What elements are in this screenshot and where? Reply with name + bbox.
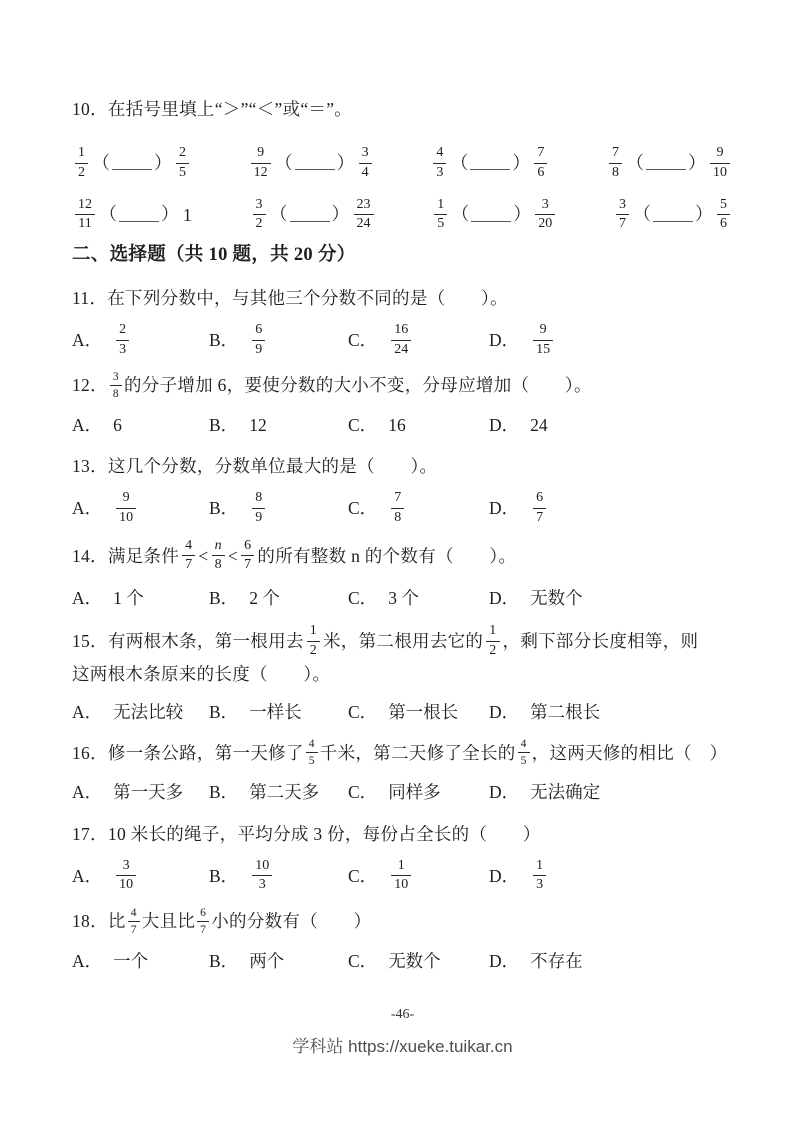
fraction-denominator: 15 (533, 341, 553, 358)
option-18-D: D．不存在 (489, 948, 733, 974)
fraction-denominator: 24 (391, 341, 411, 358)
option-text: 无法比较 (113, 699, 183, 725)
option-text: 第二根长 (530, 699, 600, 725)
fraction-numerator: 3 (253, 198, 266, 216)
stem-text: < (198, 546, 208, 566)
option-text: 24 (530, 412, 548, 438)
question-12-options: A．6B．12C．16D．24 (72, 412, 733, 438)
question-15: 15．有两根木条，第一根用去12米，第二根用去它的12，剩下部分长度相等，则这两… (72, 624, 733, 725)
fraction-numerator: 1 (486, 624, 499, 642)
option-label: D． (489, 863, 519, 889)
fraction-numerator: 1 (434, 198, 447, 216)
option-text: 同样多 (388, 779, 441, 805)
option-label: C． (348, 327, 377, 353)
option-label: A． (72, 327, 102, 353)
option-12-D: D．24 (489, 412, 733, 438)
option-text: 1 个 (113, 585, 144, 611)
fraction-denominator: 10 (710, 164, 730, 181)
comparison-operand: 32 (250, 198, 269, 232)
fraction-denominator: 2 (253, 215, 266, 232)
fraction-numerator: 5 (717, 198, 730, 216)
option-11-C: C．1624 (348, 323, 489, 357)
answer-blank (112, 156, 152, 170)
fraction-numerator: 3 (616, 198, 629, 216)
fraction-numerator: 23 (354, 198, 374, 216)
fraction: 15 (434, 198, 447, 232)
option-label: D． (489, 412, 519, 438)
stem-text: 15．有两根木条，第一根用去 (72, 631, 304, 651)
fraction-numerator: 9 (251, 146, 271, 164)
answer-blank (646, 156, 686, 170)
option-label: A． (72, 495, 102, 521)
fraction-denominator: 2 (307, 642, 320, 659)
fraction: 47 (128, 907, 140, 936)
close-paren: ） (695, 201, 713, 228)
option-label: A． (72, 863, 102, 889)
option-label: C． (348, 412, 377, 438)
option-text: 无法确定 (530, 779, 600, 805)
multiple-choice-questions: 11．在下列分数中，与其他三个分数不同的是（ ）。A．23B．69C．1624D… (72, 283, 733, 974)
fraction: 67 (241, 539, 254, 573)
question-13: 13．这几个分数，分数单位最大的是（ ）。A．910B．89C．78D．67 (72, 451, 733, 525)
comparison-operand: 37 (613, 198, 632, 232)
fraction-denominator: 7 (128, 922, 140, 936)
fraction-numerator: 6 (241, 539, 254, 557)
option-14-D: D．无数个 (489, 585, 733, 611)
fraction-numerator: 2 (176, 146, 189, 164)
fraction: 110 (391, 859, 411, 893)
option-label: A． (72, 948, 102, 974)
close-paren: ） (337, 150, 355, 177)
open-paren: （ (451, 201, 469, 228)
option-text: 16 (388, 412, 406, 438)
close-paren: ） (688, 150, 706, 177)
comparison-item: 32（）2324 (250, 198, 377, 232)
fraction: 78 (609, 146, 622, 180)
fraction: 25 (176, 146, 189, 180)
comparison-operand: 25 (173, 146, 192, 180)
fraction-denominator: 6 (534, 164, 547, 181)
fraction-numerator: 1 (75, 146, 88, 164)
fraction-numerator: 16 (391, 323, 411, 341)
option-11-A: A．23 (72, 323, 209, 357)
fraction-denominator: 6 (717, 215, 730, 232)
option-label: D． (489, 495, 519, 521)
question-13-options: A．910B．89C．78D．67 (72, 491, 733, 525)
option-label: B． (209, 779, 238, 805)
comparison-item: 15（）320 (431, 198, 558, 232)
comparison-operand: 320 (532, 198, 558, 232)
stem-text: ，这两天修的相比（ ） (532, 743, 728, 763)
fraction-numerator: 1 (391, 859, 411, 877)
open-paren: （ (633, 201, 651, 228)
open-paren: （ (270, 201, 288, 228)
option-text: 一个 (113, 948, 148, 974)
option-label: B． (209, 412, 238, 438)
answer-blank (290, 208, 330, 222)
fraction-denominator: 5 (306, 753, 318, 767)
fraction-denominator: 5 (434, 215, 447, 232)
open-paren: （ (99, 201, 117, 228)
question-11: 11．在下列分数中，与其他三个分数不同的是（ ）。A．23B．69C．1624D… (72, 283, 733, 357)
question-15-options: A．无法比较B．一样长C．第一根长D．第二根长 (72, 699, 733, 725)
option-14-A: A．1 个 (72, 585, 209, 611)
option-text: 第二天多 (249, 779, 319, 805)
fraction: 103 (252, 859, 272, 893)
fraction: 34 (359, 146, 372, 180)
option-17-B: B．103 (209, 859, 348, 893)
option-text: 2 个 (249, 585, 280, 611)
fraction-numerator: 9 (533, 323, 553, 341)
option-16-C: C．同样多 (348, 779, 489, 805)
question-14-stem: 14．满足条件47<n8<67的所有整数 n 的个数有（ ）。 (72, 539, 733, 573)
option-13-B: B．89 (209, 491, 348, 525)
stem-text: 小的分数有（ ） (211, 911, 371, 931)
stem-text: 13．这几个分数，分数单位最大的是（ ）。 (72, 456, 437, 476)
fraction-denominator: 3 (116, 341, 129, 358)
option-label: A． (72, 699, 102, 725)
comparison-item: 912（）34 (248, 146, 375, 180)
option-label: B． (209, 699, 238, 725)
option-label: B． (209, 327, 238, 353)
question-18: 18．比47大且比67小的分数有（ ）A．一个B．两个C．无数个D．不存在 (72, 906, 733, 974)
fraction-numerator: 7 (391, 491, 404, 509)
comparison-item: 12（）25 (72, 146, 192, 180)
question-10-comparison-rows: 12（）25912（）3443（）7678（）9101211（）132（）232… (72, 146, 733, 232)
open-paren: （ (275, 150, 293, 177)
fraction-numerator: 2 (116, 323, 129, 341)
comparison-row: 1211（）132（）232415（）32037（）56 (72, 198, 733, 232)
fraction-numerator: 10 (252, 859, 272, 877)
stem-text: 16．修一条公路，第一天修了 (72, 743, 304, 763)
stem-text: 这两根木条原来的长度（ ）。 (72, 663, 330, 683)
fraction: 76 (534, 146, 547, 180)
fraction: 12 (307, 624, 320, 658)
fraction-denominator: 10 (391, 876, 411, 893)
option-label: B． (209, 948, 238, 974)
fraction: 13 (533, 859, 546, 893)
fraction: 910 (710, 146, 730, 180)
option-15-C: C．第一根长 (348, 699, 489, 725)
close-paren: ） (513, 201, 531, 228)
option-label: C． (348, 699, 377, 725)
fraction: 12 (75, 146, 88, 180)
fraction: 37 (616, 198, 629, 232)
question-14-options: A．1 个B．2 个C．3 个D．无数个 (72, 585, 733, 611)
fraction-numerator: 7 (534, 146, 547, 164)
open-paren: （ (450, 150, 468, 177)
fraction-denominator: 8 (110, 386, 122, 400)
option-text: 3 个 (388, 585, 419, 611)
comparison-item: 43（）76 (430, 146, 550, 180)
number-text: 1 (180, 202, 195, 228)
comparison-operand: 910 (707, 146, 733, 180)
option-13-A: A．910 (72, 491, 209, 525)
fraction-denominator: 7 (533, 509, 546, 526)
option-label: C． (348, 779, 377, 805)
option-16-B: B．第二天多 (209, 779, 348, 805)
option-label: B． (209, 495, 238, 521)
fraction-numerator: 4 (433, 146, 446, 164)
fraction-numerator: 3 (116, 859, 136, 877)
fraction-numerator: 7 (609, 146, 622, 164)
fraction-denominator: 20 (535, 215, 555, 232)
option-18-A: A．一个 (72, 948, 209, 974)
fraction-numerator: 4 (518, 738, 530, 753)
section-2-title: 二、选择题（共 10 题，共 20 分） (72, 242, 733, 270)
stem-text: ，剩下部分长度相等，则 (503, 631, 699, 651)
option-label: D． (489, 327, 519, 353)
fraction-numerator: 12 (75, 198, 95, 216)
fraction-denominator: 8 (212, 556, 225, 573)
fraction-denominator: 11 (75, 215, 95, 232)
comparison-item: 1211（）1 (72, 198, 195, 232)
option-12-A: A．6 (72, 412, 209, 438)
fraction: 912 (251, 146, 271, 180)
fraction: 89 (252, 491, 265, 525)
option-12-B: B．12 (209, 412, 348, 438)
answer-blank (471, 208, 511, 222)
fraction-numerator: 4 (306, 738, 318, 753)
fraction: 69 (252, 323, 265, 357)
option-text: 两个 (249, 948, 284, 974)
question-11-stem: 11．在下列分数中，与其他三个分数不同的是（ ）。 (72, 283, 733, 311)
fraction-numerator: 4 (182, 539, 195, 557)
option-label: A． (72, 779, 102, 805)
option-11-D: D．915 (489, 323, 733, 357)
fraction: n8 (212, 539, 225, 573)
fraction-denominator: 2 (486, 642, 499, 659)
fraction: 56 (717, 198, 730, 232)
option-14-B: B．2 个 (209, 585, 348, 611)
fraction: 45 (518, 738, 530, 767)
stem-text: 的分子增加 6，要使分数的大小不变，分母应增加（ ）。 (124, 375, 592, 395)
fraction: 12 (486, 624, 499, 658)
fraction-denominator: 3 (433, 164, 446, 181)
stem-text: 米，第二根用去它的 (323, 631, 483, 651)
comparison-operand: 78 (606, 146, 625, 180)
question-17: 17．10 米长的绳子，平均分成 3 份，每份占全长的（ ）A．310B．103… (72, 819, 733, 893)
stem-text: 12． (72, 375, 108, 395)
comparison-row: 12（）25912（）3443（）7678（）910 (72, 146, 733, 180)
fraction-numerator: 4 (128, 907, 140, 922)
option-14-C: C．3 个 (348, 585, 489, 611)
option-label: B． (209, 863, 238, 889)
option-label: D． (489, 948, 519, 974)
stem-text: 14．满足条件 (72, 546, 179, 566)
option-text: 不存在 (530, 948, 583, 974)
option-text: 第一天多 (113, 779, 183, 805)
fraction: 310 (116, 859, 136, 893)
open-paren: （ (626, 150, 644, 177)
question-16: 16．修一条公路，第一天修了45千米，第二天修了全长的45，这两天修的相比（ ）… (72, 738, 733, 806)
fraction: 23 (116, 323, 129, 357)
question-15-stem: 15．有两根木条，第一根用去12米，第二根用去它的12，剩下部分长度相等，则这两… (72, 624, 733, 686)
question-10-stem: 10．在括号里填上“＞”“＜”或“＝”。 (72, 96, 733, 122)
question-14: 14．满足条件47<n8<67的所有整数 n 的个数有（ ）。A．1 个B．2 … (72, 539, 733, 612)
page-number: -46- (72, 1004, 733, 1025)
option-label: D． (489, 779, 519, 805)
fraction-numerator: 6 (252, 323, 265, 341)
fraction: 2324 (354, 198, 374, 232)
option-11-B: B．69 (209, 323, 348, 357)
option-17-D: D．13 (489, 859, 733, 893)
stem-text: 千米，第二天修了全长的 (320, 743, 516, 763)
question-12: 12．38的分子增加 6，要使分数的大小不变，分母应增加（ ）。A．6B．12C… (72, 370, 733, 438)
option-16-D: D．无法确定 (489, 779, 733, 805)
option-18-C: C．无数个 (348, 948, 489, 974)
fraction-denominator: 10 (116, 509, 136, 526)
fraction-numerator: 8 (252, 491, 265, 509)
fraction-denominator: 9 (252, 509, 265, 526)
option-label: C． (348, 585, 377, 611)
fraction-numerator: 1 (307, 624, 320, 642)
fraction-denominator: 7 (182, 556, 195, 573)
question-16-options: A．第一天多B．第二天多C．同样多D．无法确定 (72, 779, 733, 805)
fraction: 38 (110, 371, 122, 400)
option-label: C． (348, 495, 377, 521)
stem-text: 17．10 米长的绳子，平均分成 3 份，每份占全长的（ ） (72, 824, 541, 844)
answer-blank (470, 156, 510, 170)
exam-page: 10．在括号里填上“＞”“＜”或“＝”。 12（）25912（）3443（）76… (0, 0, 793, 1122)
option-text: 无数个 (388, 948, 441, 974)
question-17-stem: 17．10 米长的绳子，平均分成 3 份，每份占全长的（ ） (72, 819, 733, 847)
fraction: 915 (533, 323, 553, 357)
fraction: 1211 (75, 198, 95, 232)
question-16-stem: 16．修一条公路，第一天修了45千米，第二天修了全长的45，这两天修的相比（ ） (72, 738, 733, 768)
fraction-denominator: 9 (252, 341, 265, 358)
option-label: D． (489, 585, 519, 611)
comparison-operand: 2324 (351, 198, 377, 232)
fraction-numerator: 3 (535, 198, 555, 216)
stem-text: 的所有整数 n 的个数有（ ）。 (257, 546, 516, 566)
option-text: 12 (249, 412, 267, 438)
option-12-C: C．16 (348, 412, 489, 438)
fraction-numerator: 9 (116, 491, 136, 509)
fraction: 43 (433, 146, 446, 180)
stem-text: 18．比 (72, 911, 126, 931)
comparison-operand: 15 (431, 198, 450, 232)
question-11-options: A．23B．69C．1624D．915 (72, 323, 733, 357)
fraction-denominator: 5 (176, 164, 189, 181)
fraction-denominator: 8 (391, 509, 404, 526)
fraction-denominator: 3 (252, 876, 272, 893)
comparison-operand: 912 (248, 146, 274, 180)
question-18-stem: 18．比47大且比67小的分数有（ ） (72, 906, 733, 936)
question-17-options: A．310B．103C．110D．13 (72, 859, 733, 893)
option-16-A: A．第一天多 (72, 779, 209, 805)
option-13-D: D．67 (489, 491, 733, 525)
answer-blank (119, 208, 159, 222)
option-label: C． (348, 948, 377, 974)
fraction: 47 (182, 539, 195, 573)
option-17-C: C．110 (348, 859, 489, 893)
close-paren: ） (161, 201, 179, 228)
option-17-A: A．310 (72, 859, 209, 893)
fraction: 78 (391, 491, 404, 525)
fraction-numerator: n (212, 539, 225, 557)
comparison-operand: 12 (72, 146, 91, 180)
close-paren: ） (332, 201, 350, 228)
fraction-denominator: 7 (197, 922, 209, 936)
fraction: 32 (253, 198, 266, 232)
option-label: C． (348, 863, 377, 889)
fraction: 320 (535, 198, 555, 232)
comparison-item: 78（）910 (606, 146, 733, 180)
fraction-denominator: 3 (533, 876, 546, 893)
option-label: D． (489, 699, 519, 725)
fraction-numerator: 3 (110, 371, 122, 386)
fraction-denominator: 2 (75, 164, 88, 181)
question-18-options: A．一个B．两个C．无数个D．不存在 (72, 948, 733, 974)
fraction: 910 (116, 491, 136, 525)
fraction: 45 (306, 738, 318, 767)
stem-text: < (228, 546, 238, 566)
comparison-operand: 34 (356, 146, 375, 180)
fraction-denominator: 7 (616, 215, 629, 232)
fraction: 1624 (391, 323, 411, 357)
fraction-denominator: 24 (354, 215, 374, 232)
fraction-numerator: 6 (197, 907, 209, 922)
fraction-numerator: 3 (359, 146, 372, 164)
fraction-numerator: 9 (710, 146, 730, 164)
option-label: A． (72, 412, 102, 438)
fraction: 67 (197, 907, 209, 936)
fraction-denominator: 7 (241, 556, 254, 573)
comparison-operand: 1211 (72, 198, 98, 232)
option-text: 一样长 (249, 699, 302, 725)
stem-text: 大且比 (142, 911, 195, 931)
fraction-denominator: 4 (359, 164, 372, 181)
option-label: B． (209, 585, 238, 611)
option-15-B: B．一样长 (209, 699, 348, 725)
option-text: 第一根长 (388, 699, 458, 725)
close-paren: ） (512, 150, 530, 177)
fraction-numerator: 6 (533, 491, 546, 509)
option-18-B: B．两个 (209, 948, 348, 974)
answer-blank (653, 208, 693, 222)
answer-blank (295, 156, 335, 170)
option-15-D: D．第二根长 (489, 699, 733, 725)
fraction: 67 (533, 491, 546, 525)
comparison-operand: 43 (430, 146, 449, 180)
option-13-C: C．78 (348, 491, 489, 525)
question-13-stem: 13．这几个分数，分数单位最大的是（ ）。 (72, 451, 733, 479)
fraction-denominator: 8 (609, 164, 622, 181)
fraction-numerator: 1 (533, 859, 546, 877)
option-15-A: A．无法比较 (72, 699, 209, 725)
close-paren: ） (154, 150, 172, 177)
stem-text: 11．在下列分数中，与其他三个分数不同的是（ ）。 (72, 288, 508, 308)
comparison-item: 37（）56 (613, 198, 733, 232)
fraction-denominator: 5 (518, 753, 530, 767)
option-text: 6 (113, 412, 122, 438)
open-paren: （ (92, 150, 110, 177)
question-12-stem: 12．38的分子增加 6，要使分数的大小不变，分母应增加（ ）。 (72, 370, 733, 400)
fraction-denominator: 10 (116, 876, 136, 893)
option-label: A． (72, 585, 102, 611)
comparison-operand: 56 (714, 198, 733, 232)
site-footer-text: 学科站 https://xueke.tuikar.cn (72, 1034, 733, 1060)
fraction-denominator: 12 (251, 164, 271, 181)
comparison-operand: 76 (531, 146, 550, 180)
comparison-operand: 1 (180, 202, 195, 228)
option-text: 无数个 (530, 585, 583, 611)
